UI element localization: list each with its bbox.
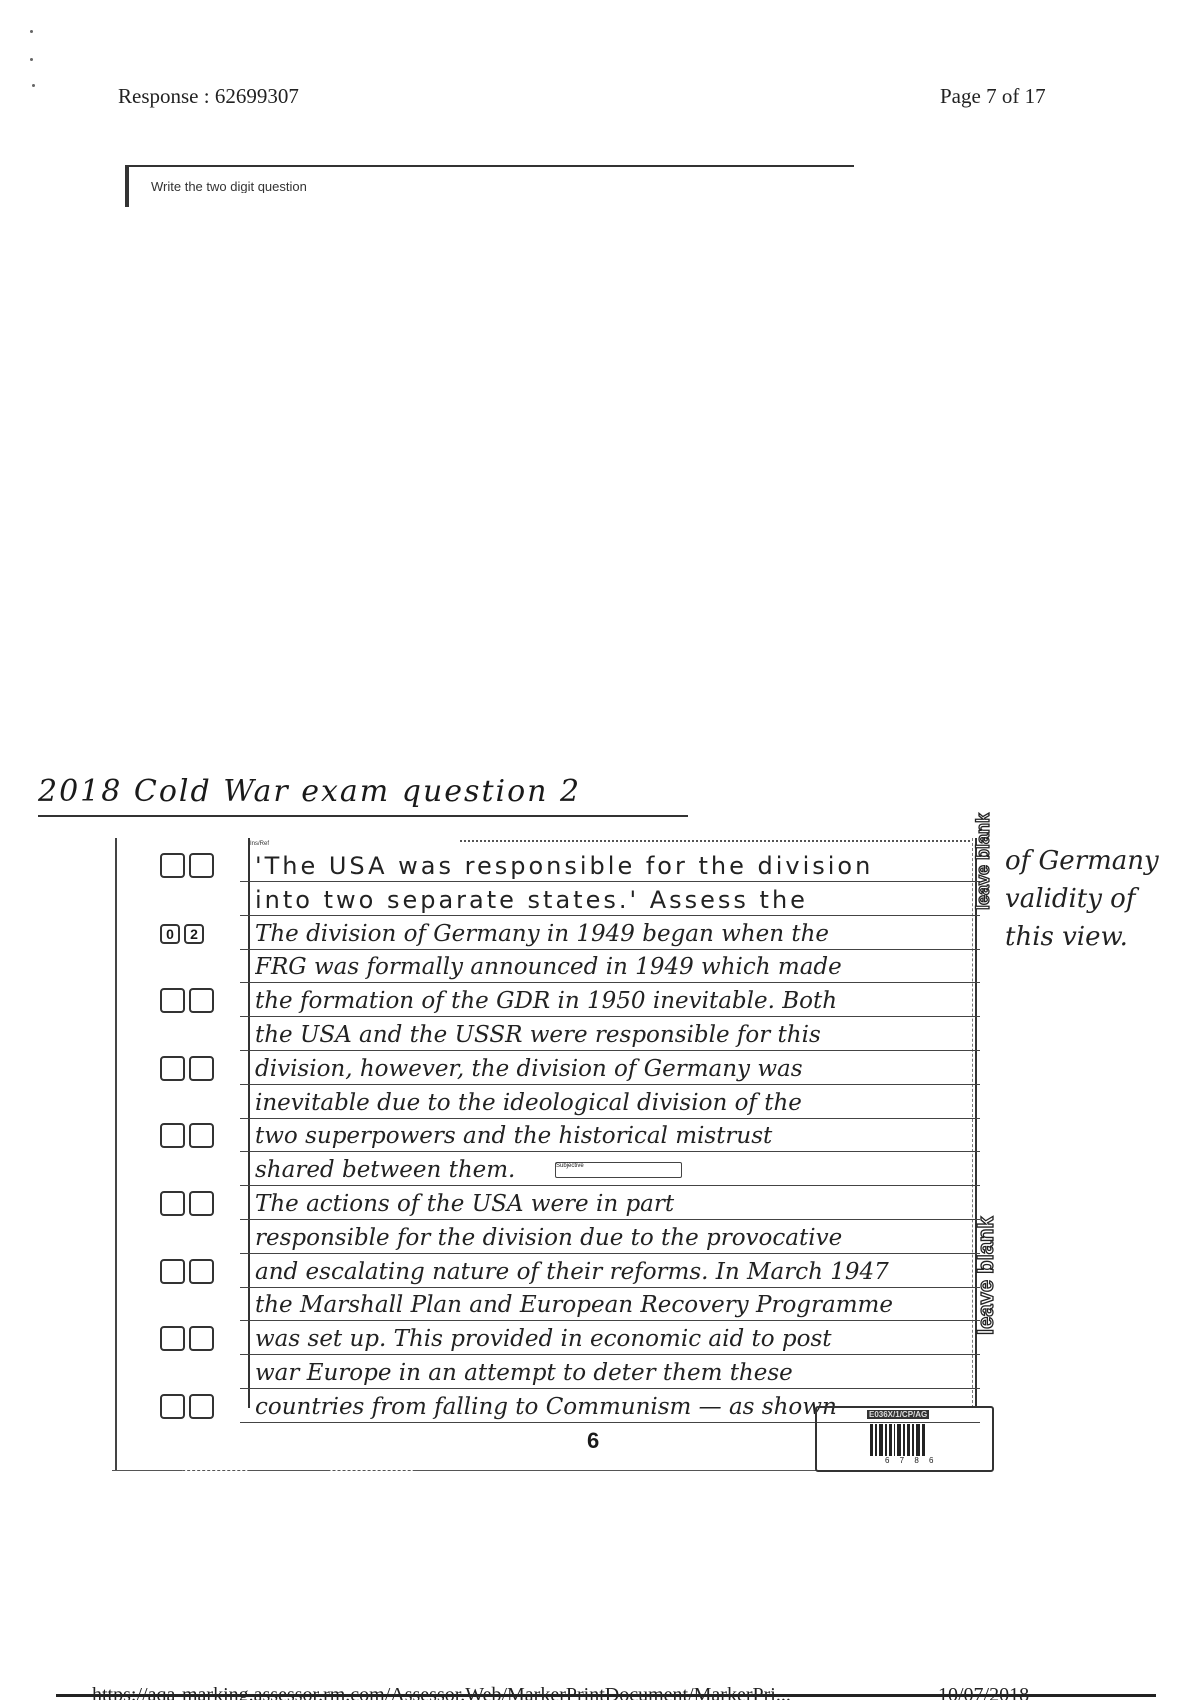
question-number-boxes-empty[interactable] [160, 1191, 214, 1216]
ruled-line [240, 1320, 980, 1321]
inline-field: Subjective [555, 1162, 682, 1178]
barcode-label: E036X/1/CP/AG [867, 1410, 929, 1419]
digit-box[interactable] [189, 1326, 214, 1351]
question-instruction: Write the two digit question [151, 179, 361, 193]
ruled-line [240, 1118, 980, 1119]
ruled-line [240, 1253, 980, 1254]
handwritten-line: the formation of the GDR in 1950 inevita… [255, 988, 970, 1015]
handwritten-line: responsible for the division due to the … [255, 1225, 970, 1252]
question-number-boxes-empty[interactable] [160, 1394, 214, 1419]
handwritten-line: 'The USA was responsible for the divisio… [255, 853, 970, 880]
footer-date: 10/07/2018 [938, 1684, 1029, 1700]
digit-box[interactable] [160, 1056, 185, 1081]
scan-speck [32, 84, 35, 87]
handwritten-line: the USA and the USSR were responsible fo… [255, 1022, 970, 1049]
page-number: 6 [587, 1428, 599, 1454]
handwritten-line: the Marshall Plan and European Recovery … [255, 1292, 970, 1319]
ruled-line [240, 1354, 980, 1355]
ruled-line [240, 915, 980, 916]
handwritten-line: FRG was formally announced in 1949 which… [255, 954, 970, 981]
dotted-rule [460, 840, 970, 842]
question-number-boxes-empty[interactable] [160, 1056, 214, 1081]
footer-url: https://aqa-marking.assessor.rm.com/Asse… [92, 1684, 791, 1700]
digit-box[interactable]: 2 [184, 924, 204, 944]
digit-box[interactable] [189, 1191, 214, 1216]
digit-box[interactable]: 0 [160, 924, 180, 944]
question-number-boxes-empty[interactable] [160, 988, 214, 1013]
ruled-line [240, 1151, 980, 1152]
ruled-line [240, 1016, 980, 1017]
divider [250, 1470, 330, 1471]
ruled-line [240, 1219, 980, 1220]
scan-speck [30, 58, 33, 61]
question-number-boxes[interactable]: 02 [160, 921, 204, 944]
side-note-line: of Germany [1005, 846, 1159, 876]
handwritten-line: was set up. This provided in economic ai… [255, 1326, 970, 1353]
ruled-line [240, 1050, 980, 1051]
ruled-line [240, 1287, 980, 1288]
scan-speck [30, 30, 33, 33]
question-number-boxes-empty[interactable] [160, 1326, 214, 1351]
leave-blank-text: leave blank [973, 813, 993, 910]
digit-box[interactable] [160, 1123, 185, 1148]
digit-box[interactable] [189, 1394, 214, 1419]
digit-box[interactable] [160, 1191, 185, 1216]
handwritten-line: The division of Germany in 1949 began wh… [255, 921, 970, 948]
footer-rule [56, 1694, 1156, 1697]
inline-field-label: Subjective [556, 1163, 584, 1169]
response-id: Response : 62699307 [118, 84, 299, 109]
digit-box[interactable] [160, 1326, 185, 1351]
digit-box[interactable] [160, 1394, 185, 1419]
handwritten-line: division, however, the division of Germa… [255, 1056, 970, 1083]
ruled-line [240, 1084, 980, 1085]
page-indicator: Page 7 of 17 [940, 84, 1046, 109]
barcode-box: E036X/1/CP/AG 6 7 8 6 [815, 1406, 994, 1472]
question-number-boxes-empty[interactable] [160, 1123, 214, 1148]
handwritten-line: two superpowers and the historical mistr… [255, 1123, 970, 1150]
leave-blank-label-top: leave blank [973, 813, 994, 910]
ruled-line [240, 1388, 980, 1389]
question-number-boxes-empty[interactable] [160, 853, 214, 878]
digit-box[interactable] [189, 853, 214, 878]
side-note-line: this view. [1005, 922, 1128, 952]
question-number-boxes-empty[interactable] [160, 1259, 214, 1284]
handwritten-line: inevitable due to the ideological divisi… [255, 1090, 970, 1117]
handwritten-line: and escalating nature of their reforms. … [255, 1259, 970, 1286]
ruled-line [240, 1185, 980, 1186]
digit-box[interactable] [189, 1123, 214, 1148]
digit-box[interactable] [160, 988, 185, 1013]
digit-box[interactable] [189, 988, 214, 1013]
digit-box[interactable] [160, 1259, 185, 1284]
digit-box[interactable] [189, 1056, 214, 1081]
corner-label: Ins/Ref [250, 841, 269, 847]
ruled-line [240, 881, 980, 882]
digit-box[interactable] [160, 853, 185, 878]
question-number-box: Write the two digit question [125, 165, 854, 207]
divider [112, 1470, 182, 1471]
handwritten-line: The actions of the USA were in part [255, 1191, 970, 1218]
digit-box[interactable] [189, 1259, 214, 1284]
ruled-line [240, 982, 980, 983]
handwritten-line: into two separate states.' Assess the [255, 887, 970, 914]
handwritten-line: war Europe in an attempt to deter them t… [255, 1360, 970, 1387]
leave-blank-text: leave blank [973, 1216, 998, 1335]
side-note-line: validity of [1005, 884, 1135, 914]
leave-blank-label: leave blank [973, 1216, 999, 1335]
barcode-number: 6 7 8 6 [885, 1456, 937, 1465]
divider [415, 1470, 815, 1471]
ruled-line [240, 949, 980, 950]
handwritten-title: 2018 Cold War exam question 2 [38, 774, 688, 817]
barcode-icon [870, 1424, 925, 1456]
